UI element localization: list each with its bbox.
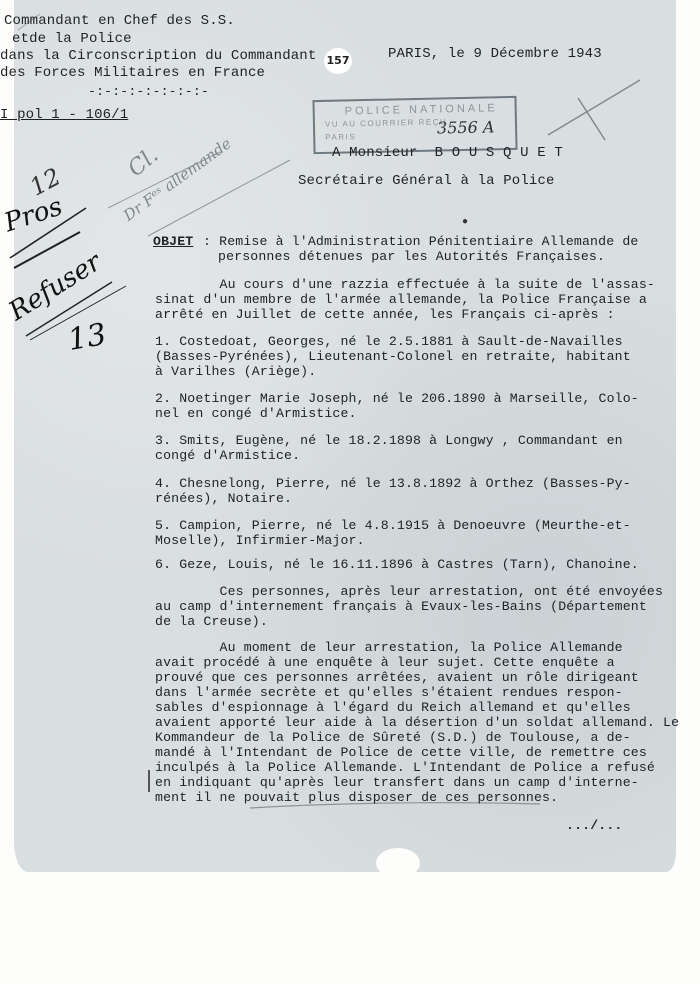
person-5-line: Moselle), Infirmier-Major. (155, 533, 365, 548)
paragraph-3-line: avait procédé à une enquête à leur sujet… (155, 655, 615, 670)
paragraph-3-line: dans l'armée secrète et qu'elles s'étaie… (155, 685, 623, 700)
ink-blot: ● (462, 217, 468, 228)
stamp-line-1: POLICE NATIONALE (345, 102, 498, 117)
paragraph-3-line: sables d'espionnage à l'égard du Reich a… (155, 700, 631, 715)
letterhead-line-4: des Forces Militaires en France (0, 66, 265, 81)
paragraph-2-line: de la Creuse). (155, 614, 268, 629)
letterhead-line-2: etde la Police (12, 32, 132, 47)
letterhead-line-1: Commandant en Chef des S.S. (4, 14, 235, 29)
stamp-line-2: VU AU COURRIER REÇU (325, 117, 447, 129)
paragraph-3-line: Au moment de leur arrestation, la Police… (155, 640, 623, 655)
stamp-line-3: PARIS (325, 132, 356, 142)
paragraph-3-line: en indiquant qu'après leur transfert dan… (155, 775, 639, 790)
diagonal-line (148, 160, 290, 236)
intro-line: Au cours d'une razzia effectuée à la sui… (155, 277, 655, 292)
person-1-line: à Varilhes (Ariège). (155, 364, 316, 379)
person-4-line: rénées), Notaire. (155, 491, 292, 506)
continuation-mark: .../... (566, 818, 622, 833)
place-date: PARIS, le 9 Décembre 1943 (388, 47, 602, 62)
recipient-title: Secrétaire Général à la Police (298, 174, 555, 189)
paragraph-2-line: Ces personnes, après leur arrestation, o… (155, 584, 663, 599)
cross-mark (548, 80, 640, 135)
paragraph-3-line: prouvé que ces personnes arrêtées, avaie… (155, 670, 639, 685)
intro-line: sinat d'un membre de l'armée allemande, … (155, 292, 647, 307)
person-6-line: 6. Geze, Louis, né le 16.11.1896 à Castr… (155, 557, 639, 572)
handwritten-mark: 13 (65, 317, 109, 358)
person-4-line: 4. Chesnelong, Pierre, né le 13.8.1892 à… (155, 476, 631, 491)
person-2-line: nel en congé d'Armistice. (155, 406, 357, 421)
stamp-number: 3556 A (437, 117, 495, 137)
letterhead-separator: -:-:-:-:-:-:-:- (88, 84, 209, 99)
subject-label: OBJET (153, 234, 193, 249)
paragraph-2-line: au camp d'internement français à Evaux-l… (155, 599, 647, 614)
person-5-line: 5. Campion, Pierre, né le 4.8.1915 à Den… (155, 518, 631, 533)
subject-line-2: personnes détenues par les Autorités Fra… (218, 249, 605, 264)
person-3-line: 3. Smits, Eugène, né le 18.2.1898 à Long… (155, 433, 623, 448)
paragraph-3-line: inculpés à la Police Allemande. L'Intend… (155, 760, 655, 775)
paragraph-3-line: mandé à l'Intendant de Police de cette v… (155, 745, 647, 760)
recipient-name: A Monsieur B O U S Q U E T (332, 146, 563, 161)
person-2-line: 2. Noetinger Marie Joseph, né le 206.189… (155, 391, 639, 406)
paragraph-3-line: avaient apporté leur aide à la désertion… (155, 715, 679, 730)
person-3-line: congé d'Armistice. (155, 448, 300, 463)
person-1-line: 1. Costedoat, Georges, né le 2.5.1881 à … (155, 334, 623, 349)
paragraph-3-line: ment il ne pouvait plus disposer de ces … (155, 790, 558, 805)
paragraph-3-line: Kommandeur de la Police de Sûreté (S.D.)… (155, 730, 631, 745)
intro-line: arrêté en Juillet de cette année, les Fr… (155, 307, 615, 322)
cross-mark (578, 98, 605, 140)
letterhead-line-3: dans la Circonscription du Commandant (0, 49, 316, 64)
person-1-line: (Basses-Pyrénées), Lieutenant-Colonel en… (155, 349, 631, 364)
reference-number: I pol 1 - 106/1 (0, 108, 128, 123)
subject-line-1: : Remise à l'Administration Pénitentiair… (203, 234, 638, 249)
folio-number: 157 (324, 48, 352, 74)
